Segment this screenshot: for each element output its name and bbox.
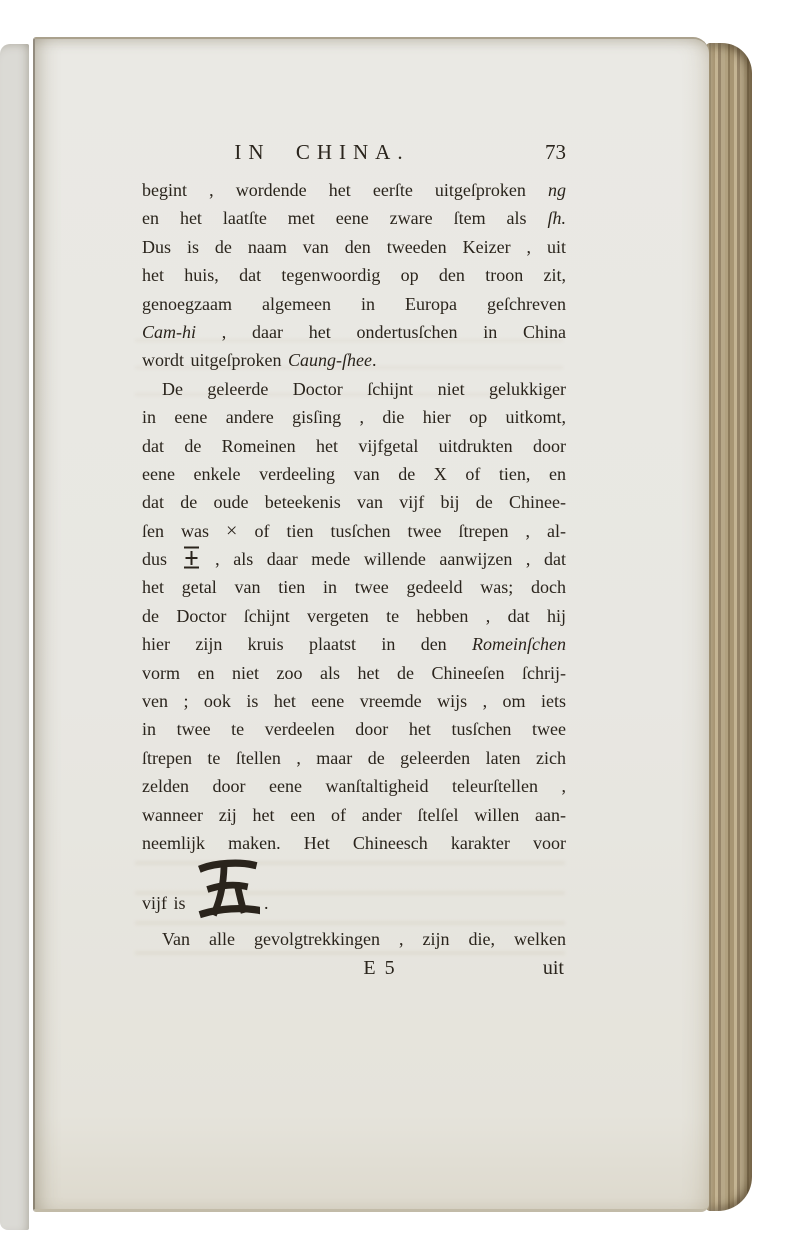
signature-mark: E 5 [142,957,566,980]
text: , daar het ondertusſchen in China [196,322,566,342]
text: het huis, dat tegenwoordig op den troon … [142,265,566,285]
body-line: vorm en niet zoo als het de Chineeſen ſc… [142,659,566,687]
text: . [264,894,269,914]
text: hier zijn kruis plaatst in den [142,634,472,654]
body-line: ſen was × of tien tusſchen twee ſtrepen … [142,517,566,545]
body-line: in eene andere gisſing , die hier op uit… [142,403,566,431]
body-line: eene enkele verdeeling van de X of tien,… [142,460,566,488]
body-text: begint , wordende het eerſte uitgeſproke… [142,176,566,954]
text: of tien tusſchen twee ſtrepen , al- [237,521,566,541]
text: Dus is de naam van den tweeden Keizer , … [142,237,566,257]
italic-text: Cam-hi [142,322,196,342]
running-header: IN CHINA. 73 [142,137,566,167]
facing-page-edge [0,44,29,1230]
body-line: dus , als daar mede willende aanwijzen ,… [142,545,566,573]
page-title: IN CHINA. [142,137,502,167]
body-line: wordt uitgeſproken Caung-ſhee. [142,346,566,374]
text: . [372,350,377,370]
text: in eene andere gisſing , die hier op uit… [142,407,566,427]
text: wanneer zij het een of ander ſtelſel wil… [142,805,566,825]
body-line: in twee te verdeelen door het tusſchen t… [142,715,566,743]
text: wordt uitgeſproken [142,350,288,370]
text: dus [142,549,181,569]
text: De geleerde Doctor ſchijnt niet gelukkig… [162,379,566,399]
book-photo: IN CHINA. 73 begint , wordende het eerſt… [0,0,792,1260]
body-line: De geleerde Doctor ſchijnt niet gelukkig… [142,375,566,403]
body-line: zelden door eene wanſtaltigheid teleurſt… [142,772,566,800]
text: vijf is [142,894,192,914]
body-line: vijf is . [142,857,566,925]
text: zelden door eene wanſtaltigheid teleurſt… [142,776,566,796]
text: dat de Romeinen het vijfgetal uitdrukten… [142,436,566,456]
text: dat de oude beteekenis van vijf bij de C… [142,492,566,512]
body-line: Dus is de naam van den tweeden Keizer , … [142,233,566,261]
text-block: IN CHINA. 73 begint , wordende het eerſt… [142,39,566,985]
text: vorm en niet zoo als het de Chineeſen ſc… [142,663,566,683]
book-page: IN CHINA. 73 begint , wordende het eerſt… [33,37,709,1212]
text: in twee te verdeelen door het tusſchen t… [142,719,566,739]
italic-text: ſh. [547,208,566,228]
italic-text: Romeinſchen [472,634,566,654]
body-line: wanneer zij het een of ander ſtelſel wil… [142,801,566,829]
body-line: dat de Romeinen het vijfgetal uitdrukten… [142,432,566,460]
body-line: ven ; ook is het eene vreemde wijs , om … [142,687,566,715]
text: ven ; ook is het eene vreemde wijs , om … [142,691,566,711]
text: ſtrepen te ſtellen , maar de geleerden l… [142,748,566,768]
text: neemlijk maken. Het Chineesch karakter v… [142,833,566,853]
body-line: hier zijn kruis plaatst in den Romeinſch… [142,630,566,658]
body-line: neemlijk maken. Het Chineesch karakter v… [142,829,566,857]
text: genoegzaam algemeen in Europa geſchreven [142,294,566,314]
italic-text: ng [548,180,566,200]
text: de Doctor ſchijnt vergeten te hebben , d… [142,606,566,626]
page-number: 73 [545,137,566,167]
text: ſen was [142,521,226,541]
body-line: begint , wordende het eerſte uitgeſproke… [142,176,566,204]
page-footer: E 5 uit [142,957,566,985]
body-line: het huis, dat tegenwoordig op den troon … [142,261,566,289]
italic-text: Caung-ſhee [288,350,372,370]
text: Van alle gevolgtrekkingen , zijn die, we… [162,929,566,949]
fore-edge [706,43,752,1211]
body-line: en het laatſte met eene zware ſtem als ſ… [142,204,566,232]
body-line: Van alle gevolgtrekkingen , zijn die, we… [142,925,566,953]
body-line: ſtrepen te ſtellen , maar de geleerden l… [142,744,566,772]
text: begint , wordende het eerſte uitgeſproke… [142,180,548,200]
text: × [226,520,237,542]
text: eene enkele verdeeling van de X of tien,… [142,464,566,484]
text: , als daar mede willende aanwijzen , dat [202,549,566,569]
page-stack: IN CHINA. 73 begint , wordende het eerſt… [31,27,752,1217]
body-line: genoegzaam algemeen in Europa geſchreven [142,290,566,318]
body-line: Cam-hi , daar het ondertusſchen in China [142,318,566,346]
catchword: uit [543,957,564,980]
body-line: dat de oude beteekenis van vijf bij de C… [142,488,566,516]
body-line: de Doctor ſchijnt vergeten te hebben , d… [142,602,566,630]
body-line: het getal van tien in twee gedeeld was; … [142,573,566,601]
text: het getal van tien in twee gedeeld was; … [142,577,566,597]
text: en het laatſte met eene zware ſtem als [142,208,547,228]
